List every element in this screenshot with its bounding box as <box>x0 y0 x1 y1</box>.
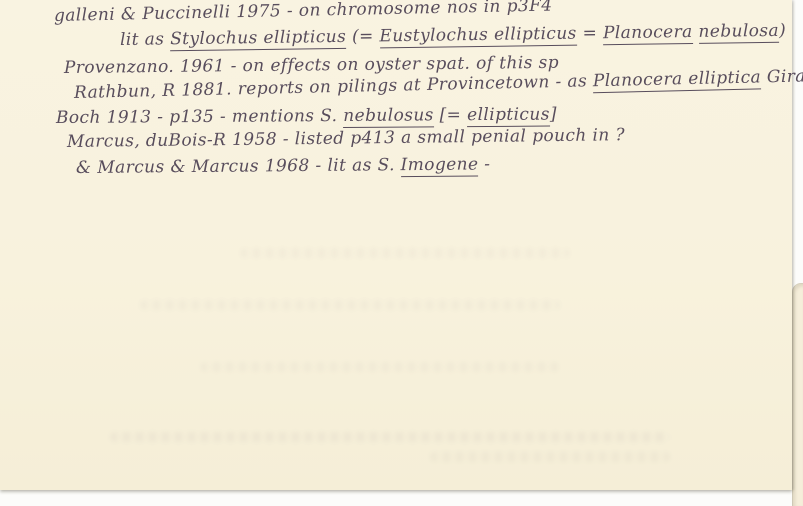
underlined-taxon-text: ellipticus <box>467 105 550 128</box>
underlined-taxon-text: Planocera elliptica <box>593 67 762 93</box>
handwriting-text <box>692 22 698 42</box>
handwriting-text: Marcus, duBois-R 1958 - listed p413 a sm… <box>67 125 625 152</box>
underlined-taxon-text: Stylochus ellipticus <box>170 27 346 51</box>
handwriting-text: = <box>577 23 604 43</box>
handwriting-text: ] <box>550 105 557 125</box>
ink-bleed-through <box>200 362 560 372</box>
handwriting-text: Boch 1913 - p135 - mentions S. <box>56 106 343 128</box>
ink-bleed-through <box>110 432 670 442</box>
underlined-taxon-text: Imogene <box>401 154 479 177</box>
underlined-taxon-text: nebulosus <box>343 105 434 128</box>
ink-bleed-through <box>140 300 560 310</box>
index-card: galleni & Puccinelli 1975 - on chromosom… <box>0 0 792 490</box>
handwriting-text: [= <box>434 105 467 125</box>
underlined-taxon-text: Eustylochus ellipticus <box>379 24 577 49</box>
handwriting-line: lit as Stylochus ellipticus (= Eustyloch… <box>120 20 786 51</box>
underlined-taxon-text: Planocera <box>603 22 693 45</box>
ink-bleed-through <box>430 452 670 462</box>
scanned-document: galleni & Puccinelli 1975 - on chromosom… <box>0 0 803 506</box>
underlined-taxon-text: nebulosa <box>698 21 779 44</box>
handwriting-text: galleni & Puccinelli 1975 - on chromosom… <box>54 0 553 26</box>
handwriting-text: lit as <box>120 29 170 50</box>
handwriting-text: ) <box>779 21 786 41</box>
handwriting-line: Marcus, duBois-R 1958 - listed p413 a sm… <box>67 124 625 153</box>
handwriting-text: (= <box>346 26 380 46</box>
handwriting-text: Girard <box>761 66 803 87</box>
underlying-card-corner <box>792 283 803 506</box>
handwriting-line: & Marcus & Marcus 1968 - lit as S. Imoge… <box>76 153 491 179</box>
handwriting-line: galleni & Puccinelli 1975 - on chromosom… <box>54 0 553 27</box>
handwriting-text: - <box>478 154 490 174</box>
handwriting-text: & Marcus & Marcus 1968 - lit as S. <box>76 155 401 178</box>
ink-bleed-through <box>240 248 570 258</box>
